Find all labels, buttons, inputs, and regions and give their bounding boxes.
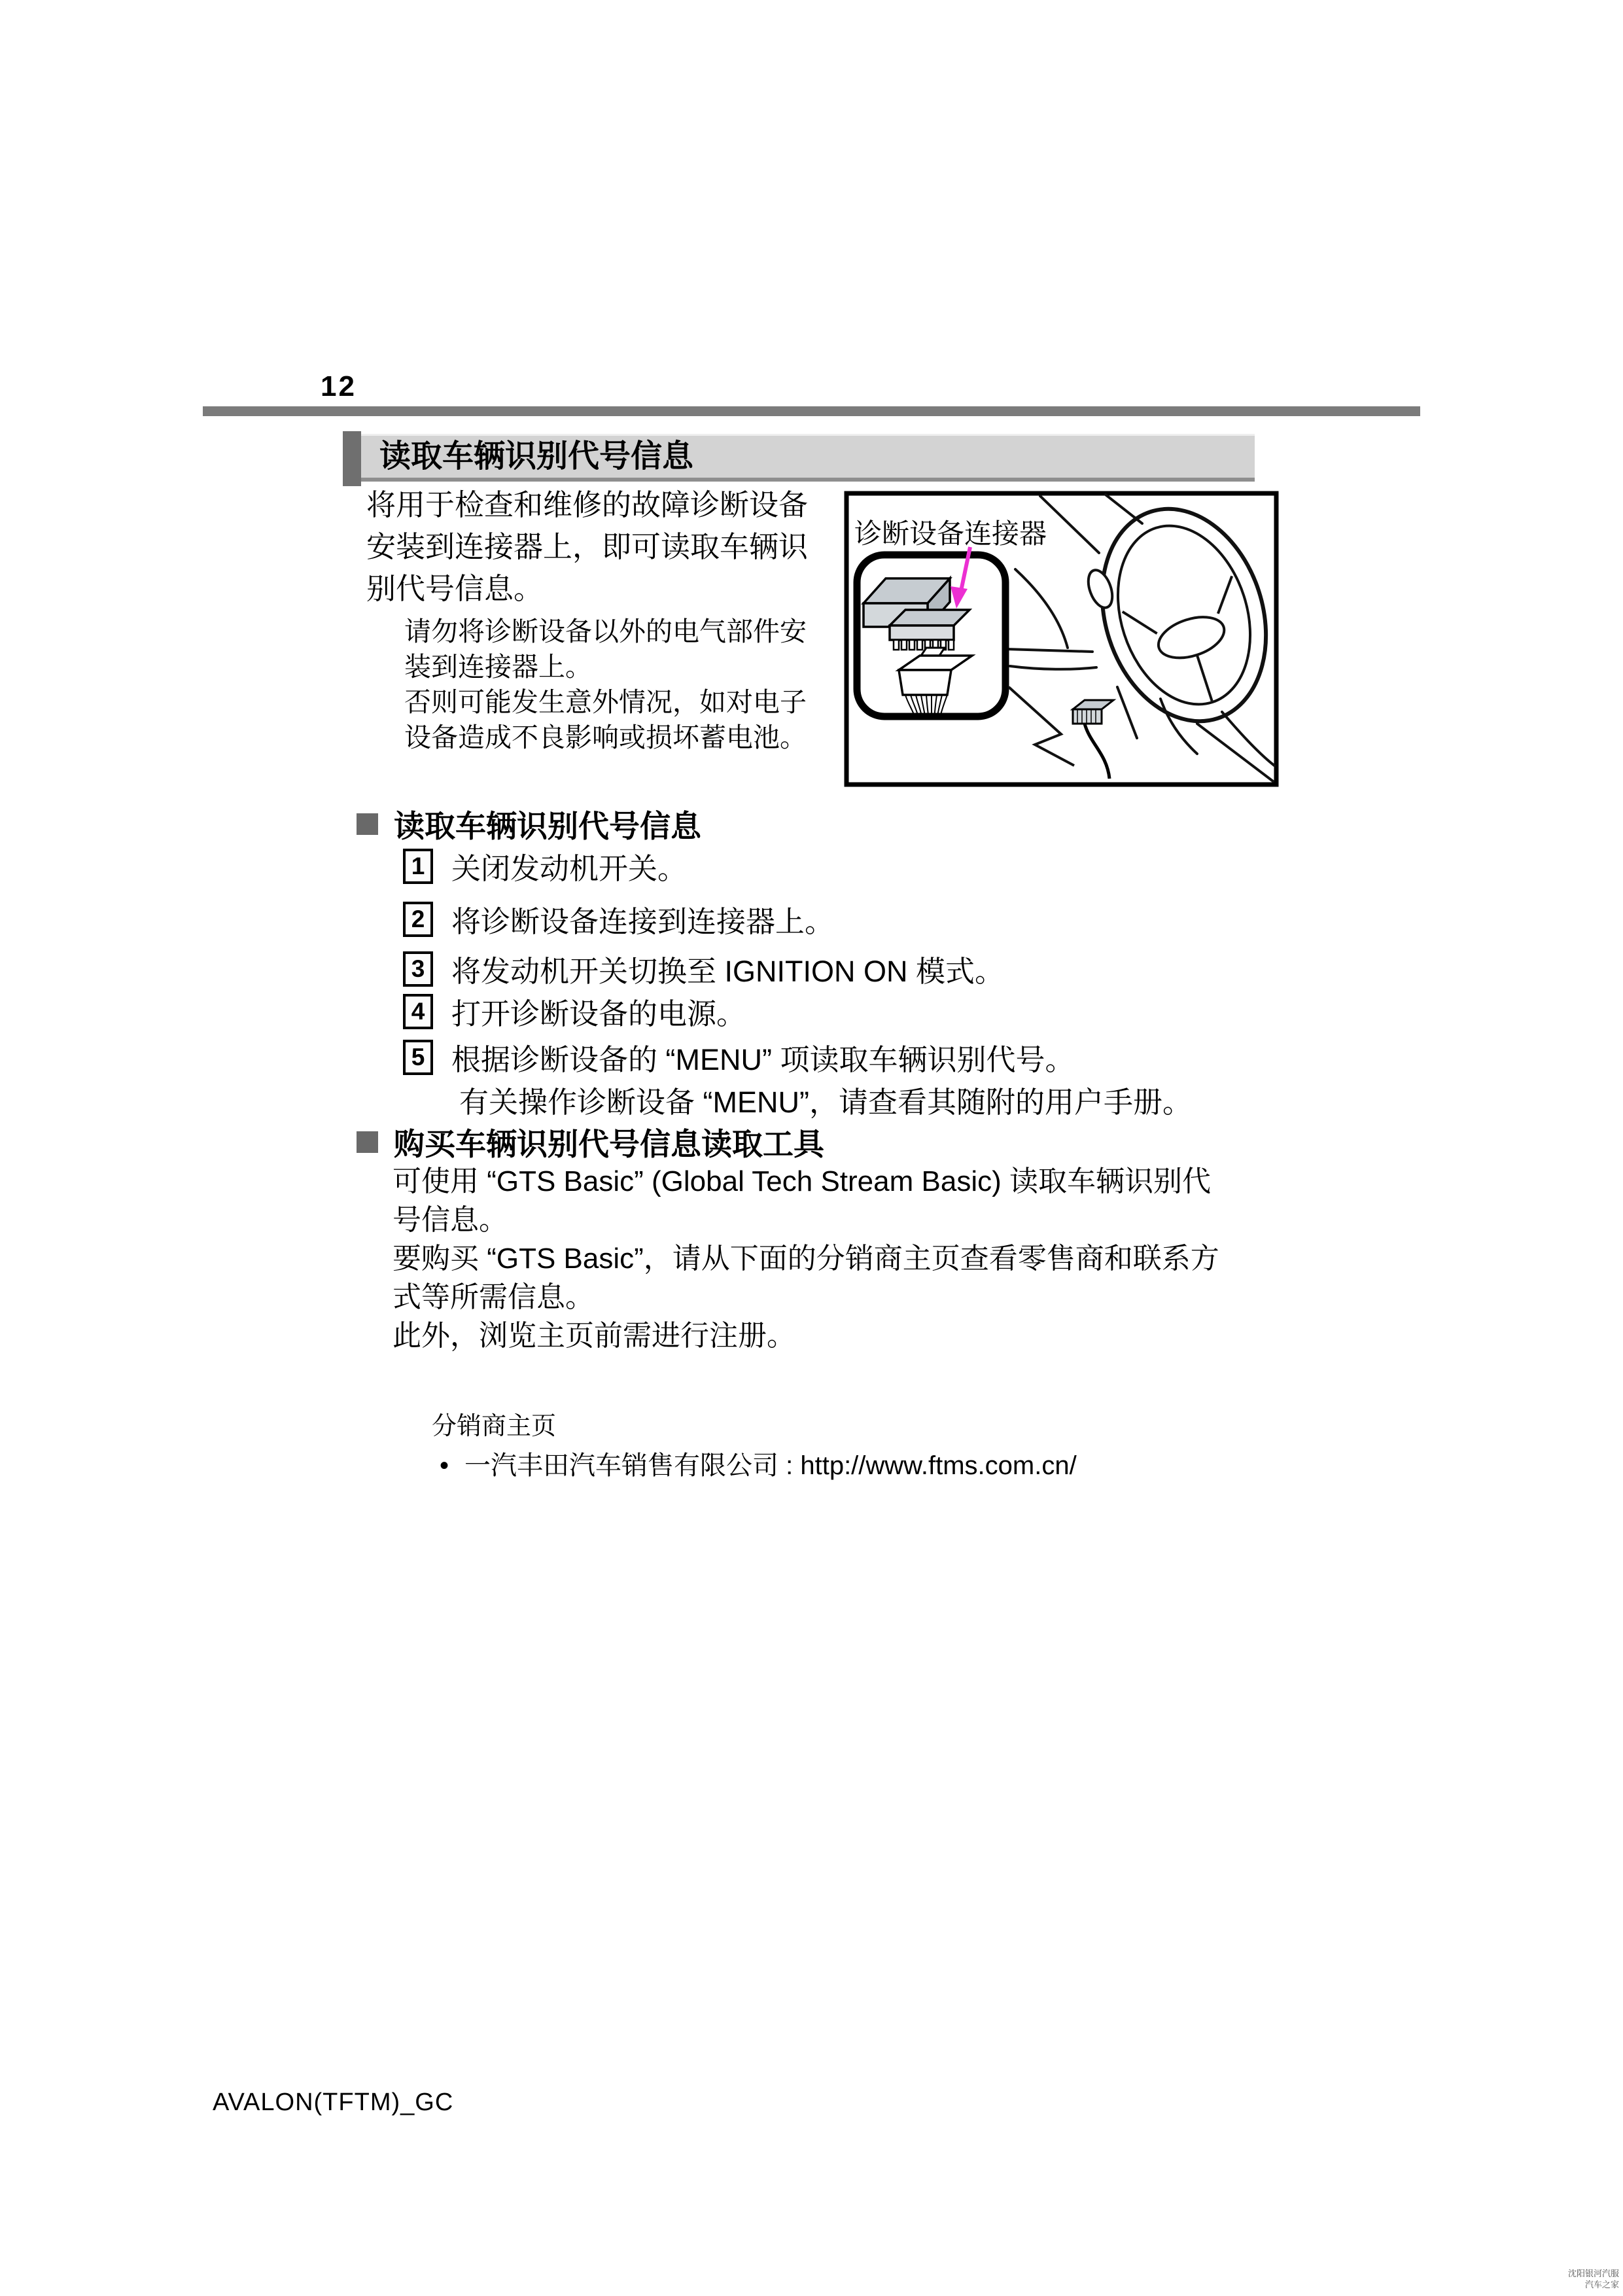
step-text: 将发动机开关切换至 IGNITION ON 模式。 xyxy=(451,947,1004,990)
connector-illustration: 诊断设备连接器 xyxy=(844,491,1279,787)
step-number-box: 1 xyxy=(403,849,433,884)
step-row-4: 4 打开诊断设备的电源。 xyxy=(403,990,746,1033)
step-text: 关闭发动机开关。 xyxy=(451,845,687,887)
step-row-1: 1 关闭发动机开关。 xyxy=(403,845,687,887)
step-number-box: 4 xyxy=(403,994,433,1029)
watermark: 沈阳银河汽服 汽车之家 xyxy=(1568,2268,1619,2290)
section-heading-read: 读取车辆识别代号信息 xyxy=(357,802,701,846)
caution-note: 请勿将诊断设备以外的电气部件安 装到连接器上。 否则可能发生意外情况，如对电子 … xyxy=(404,614,862,755)
section-heading-read-label: 读取车辆识别代号信息 xyxy=(394,802,701,846)
figure-label: 诊断设备连接器 xyxy=(854,518,1047,549)
connector-figure: 诊断设备连接器 xyxy=(844,491,1279,787)
step-text: 根据诊断设备的 “MENU” 项读取车辆识别代号。 xyxy=(451,1036,1074,1078)
step-5-note: 有关操作诊断设备 “MENU”，请查看其随附的用户手册。 xyxy=(459,1078,1192,1121)
step-number-box: 2 xyxy=(403,902,433,937)
section-square-icon xyxy=(357,813,378,835)
step-text: 将诊断设备连接到连接器上。 xyxy=(451,898,834,940)
distributor-text: 一汽丰田汽车销售有限公司 : http://www.ftms.com.cn/ xyxy=(464,1445,1077,1482)
distributor-heading: 分销商主页 xyxy=(432,1405,556,1441)
bullet-icon: • xyxy=(440,1451,449,1481)
page-title: 读取车辆识别代号信息 xyxy=(379,436,693,478)
watermark-line-2: 汽车之家 xyxy=(1568,2279,1619,2290)
section-square-icon xyxy=(357,1131,378,1153)
step-text: 打开诊断设备的电源。 xyxy=(451,990,746,1033)
intro-paragraph: 将用于检查和维修的故障诊断设备 安装到连接器上，即可读取车辆识 别代号信息。 xyxy=(366,484,850,610)
watermark-line-1: 沈阳银河汽服 xyxy=(1568,2268,1619,2279)
page-number: 12 xyxy=(321,370,357,403)
step-number-box: 3 xyxy=(403,951,433,987)
step-row-3: 3 将发动机开关切换至 IGNITION ON 模式。 xyxy=(403,947,1004,990)
step-number-box: 5 xyxy=(403,1040,433,1075)
distributor-list-item: • 一汽丰田汽车销售有限公司 : http://www.ftms.com.cn/ xyxy=(440,1445,1077,1482)
step-row-2: 2 将诊断设备连接到连接器上。 xyxy=(403,898,834,940)
section-heading-buy-label: 购买车辆识别代号信息读取工具 xyxy=(394,1120,824,1164)
document-code: AVALON(TFTM)_GC xyxy=(213,2089,453,2117)
step-row-5: 5 根据诊断设备的 “MENU” 项读取车辆识别代号。 xyxy=(403,1036,1074,1078)
manual-page: 12 读取车辆识别代号信息 将用于检查和维修的故障诊断设备 安装到连接器上，即可… xyxy=(0,0,1623,2296)
title-accent-bar xyxy=(343,431,361,486)
section-title-bar: 读取车辆识别代号信息 xyxy=(343,434,1255,482)
gts-paragraph: 可使用 “GTS Basic” (Global Tech Stream Basi… xyxy=(393,1162,1302,1355)
header-rule xyxy=(203,406,1420,416)
section-heading-buy: 购买车辆识别代号信息读取工具 xyxy=(357,1120,824,1164)
